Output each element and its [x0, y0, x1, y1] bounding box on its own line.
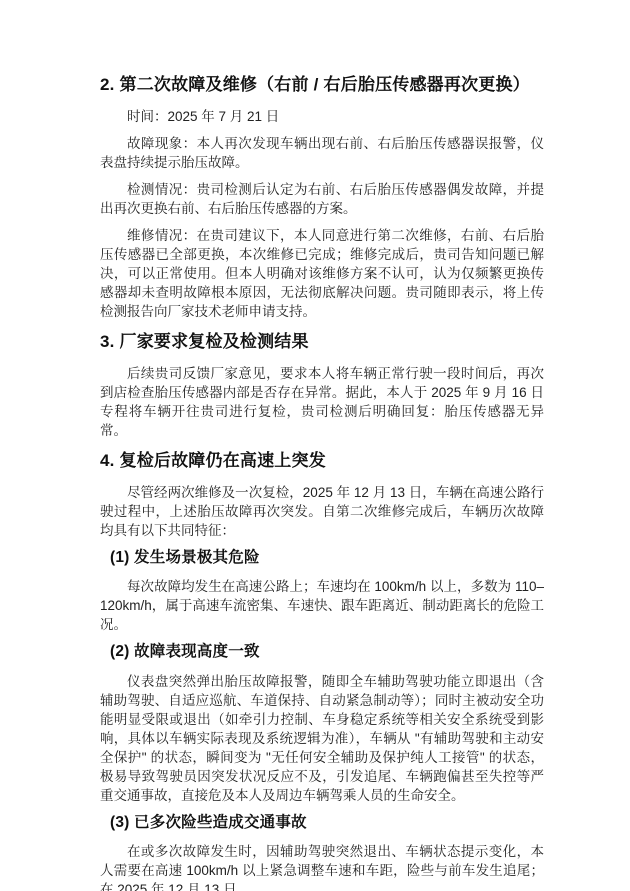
subheading-1-dangerous-scene: (1) 发生场景极其危险: [100, 548, 544, 568]
heading-fault-on-highway: 4. 复检后故障仍在高速上突发: [100, 450, 544, 472]
para-dangerous-scene: 每次故障均发生在高速公路上；车速均在 100km/h 以上，多数为 110–12…: [100, 577, 544, 634]
para-time: 时间：2025 年 7 月 21 日: [100, 107, 544, 126]
para-fault-phenomenon: 故障现象：本人再次发现车辆出现右前、右后胎压传感器误报警，仪表盘持续提示胎压故障…: [100, 134, 544, 172]
para-inspection: 检测情况：贵司检测后认定为右前、右后胎压传感器偶发故障，并提出再次更换右前、右后…: [100, 180, 544, 218]
para-repair: 维修情况：在贵司建议下，本人同意进行第二次维修，右前、右后胎压传感器已全部更换，…: [100, 226, 544, 321]
subheading-3-near-accidents: (3) 已多次险些造成交通事故: [100, 813, 544, 833]
subheading-2-consistent-symptoms: (2) 故障表现高度一致: [100, 642, 544, 662]
heading-factory-recheck: 3. 厂家要求复检及检测结果: [100, 331, 544, 353]
heading-second-repair: 2. 第二次故障及维修（右前 / 右后胎压传感器再次更换）: [100, 74, 544, 96]
para-recheck-result: 后续贵司反馈厂家意见，要求本人将车辆正常行驶一段时间后，再次到店检查胎压传感器内…: [100, 364, 544, 440]
document-page: 2. 第二次故障及维修（右前 / 右后胎压传感器再次更换） 时间：2025 年 …: [0, 0, 630, 891]
para-fault-recurrence: 尽管经两次维修及一次复检，2025 年 12 月 13 日，车辆在高速公路行驶过…: [100, 483, 544, 540]
para-consistent-symptoms: 仪表盘突然弹出胎压故障报警，随即全车辅助驾驶功能立即退出（含辅助驾驶、自适应巡航…: [100, 672, 544, 805]
para-near-accidents: 在或多次故障发生时，因辅助驾驶突然退出、车辆状态提示变化，本人需要在高速 100…: [100, 842, 544, 891]
